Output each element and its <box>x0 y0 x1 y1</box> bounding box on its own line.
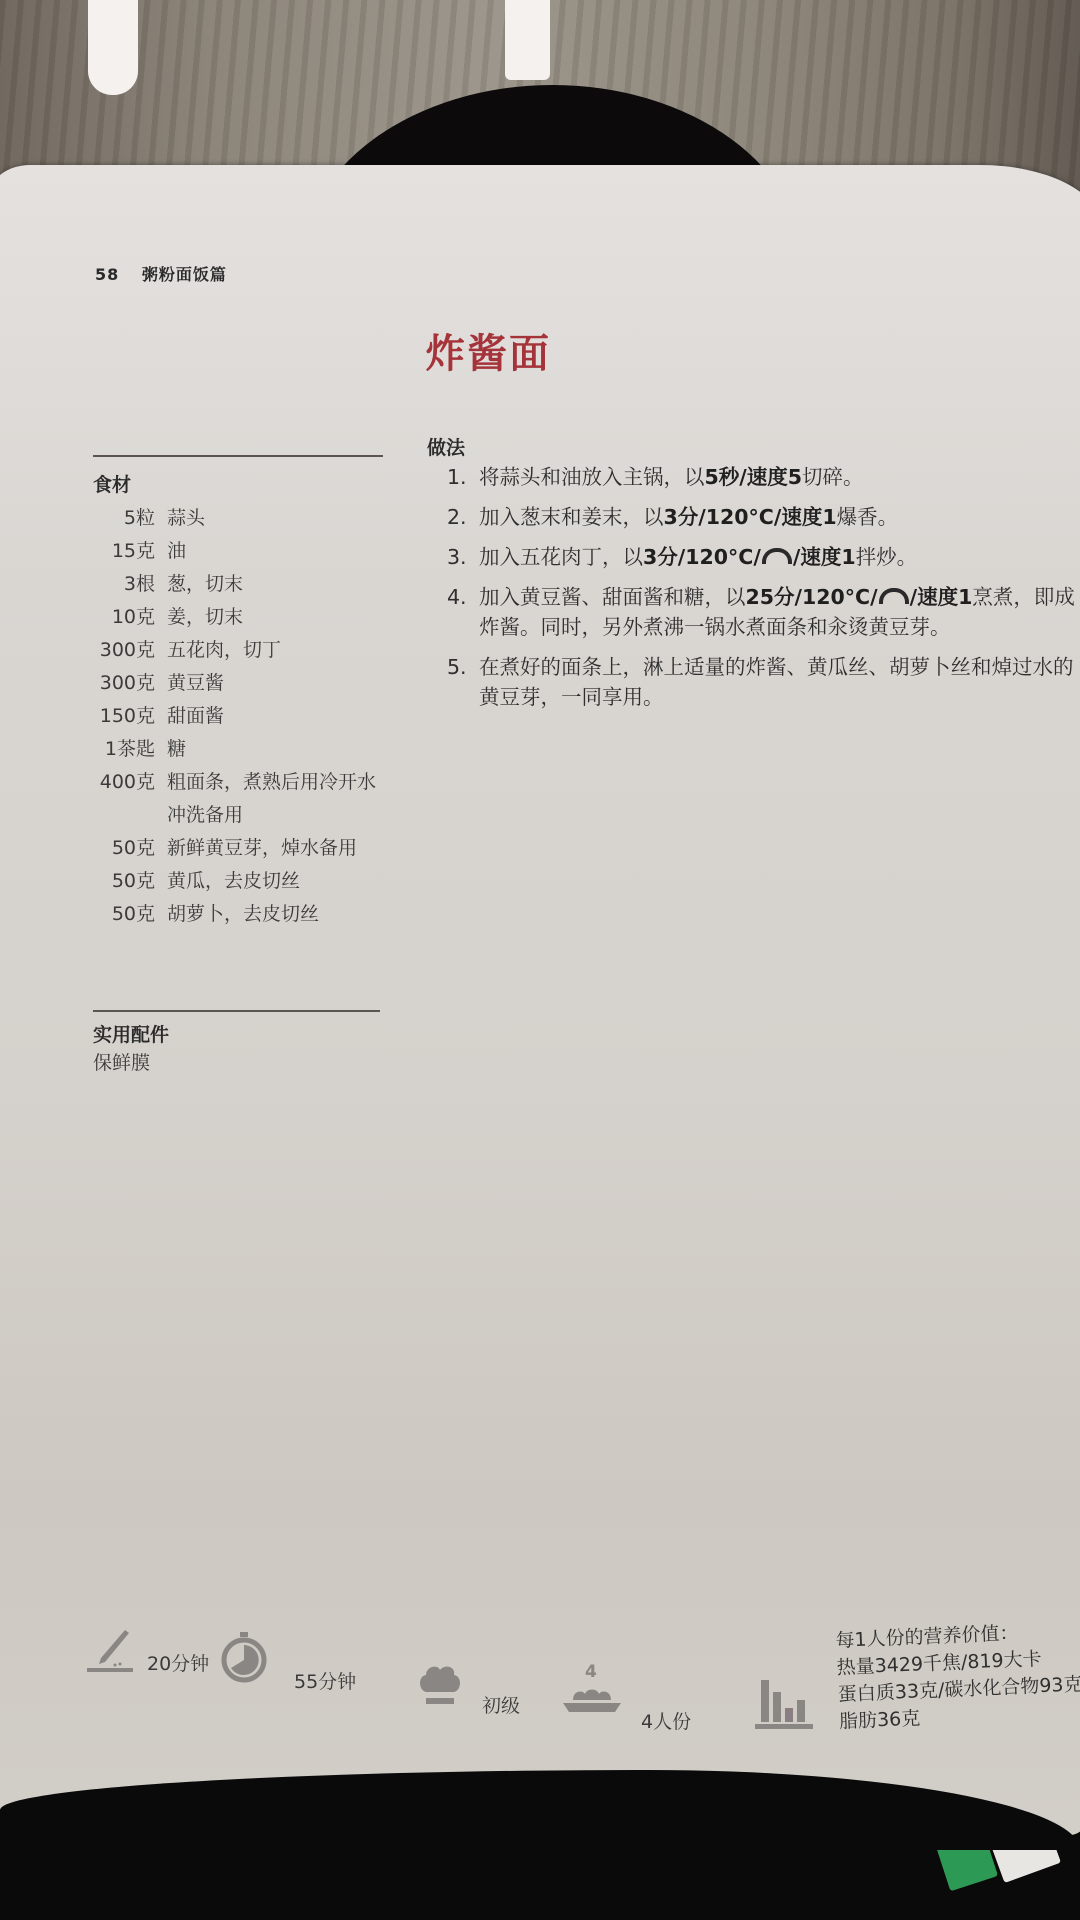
chair-leg-right <box>505 0 550 80</box>
step-text: 加入葱末和姜末，以3分/120°C/速度1爆香。 <box>479 502 1080 532</box>
servings: 4 4人份 <box>563 1668 691 1716</box>
ingredient-qty: 50克 <box>85 899 167 926</box>
ingredient-name: 葱，切末 <box>167 569 405 596</box>
ingredient-name: 姜，切末 <box>167 602 405 629</box>
running-header: 58 粥粉面饭篇 <box>95 262 227 285</box>
ingredient-qty: 1茶匙 <box>85 734 167 761</box>
ingredient-qty: 50克 <box>85 833 167 860</box>
ingredient-name: 粗面条，煮熟后用冷开水 <box>167 767 405 794</box>
machine-setting: 3分/120°C/速度1 <box>664 505 837 529</box>
ingredient-row: 50克黄瓜，去皮切丝 <box>85 863 405 896</box>
ingredient-name: 油 <box>167 536 405 563</box>
ingredient-row: 400克粗面条，煮熟后用冷开水 <box>85 764 405 797</box>
ingredient-qty: 150克 <box>85 701 167 728</box>
reverse-icon <box>879 588 909 604</box>
servings-label: 4人份 <box>641 1707 691 1734</box>
method-label: 做法 <box>427 433 465 460</box>
ingredients-divider <box>93 455 383 457</box>
bar-chart-icon <box>755 1680 813 1730</box>
method-steps: 1. 将蒜头和油放入主锅，以5秒/速度5切碎。 2. 加入葱末和姜末，以3分/1… <box>447 462 1080 722</box>
machine-setting: /速度1 <box>793 545 856 569</box>
ingredient-row: 50克胡萝卜，去皮切丝 <box>85 896 405 929</box>
ingredient-row: 5粒蒜头 <box>85 500 405 533</box>
step-number: 4. <box>447 582 479 642</box>
section-name: 粥粉面饭篇 <box>142 265 227 284</box>
method-step: 1. 将蒜头和油放入主锅，以5秒/速度5切碎。 <box>447 462 1080 492</box>
recipe-title: 炸酱面 <box>425 322 551 379</box>
serving-icon-number: 4 <box>585 1662 597 1682</box>
ingredient-row-continuation: 冲洗备用 <box>85 797 405 830</box>
step-number: 3. <box>447 542 479 572</box>
accessory-item: 保鲜膜 <box>93 1048 150 1075</box>
total-time: 55分钟 <box>220 1632 356 1684</box>
serving-dish-icon <box>563 1686 621 1716</box>
prep-time-label: 20分钟 <box>147 1649 209 1676</box>
ingredient-row: 3根葱，切末 <box>85 566 405 599</box>
ingredient-row: 1茶匙糖 <box>85 731 405 764</box>
ingredient-qty: 3根 <box>85 569 167 596</box>
ingredient-row: 300克黄豆酱 <box>85 665 405 698</box>
total-time-label: 55分钟 <box>294 1667 356 1694</box>
book-page <box>0 165 1080 1835</box>
method-step: 5. 在煮好的面条上，淋上适量的炸酱、黄瓜丝、胡萝卜丝和焯过水的黄豆芽，一同享用… <box>447 652 1080 712</box>
chef-hat-icon <box>418 1662 462 1708</box>
ingredient-row: 150克甜面酱 <box>85 698 405 731</box>
method-step: 2. 加入葱末和姜末，以3分/120°C/速度1爆香。 <box>447 502 1080 532</box>
step-text: 将蒜头和油放入主锅，以5秒/速度5切碎。 <box>479 462 1080 492</box>
accessories-label: 实用配件 <box>93 1020 169 1047</box>
ingredient-qty: 15克 <box>85 536 167 563</box>
step-text: 加入黄豆酱、甜面酱和糖，以25分/120°C//速度1烹煮，即成炸酱。同时，另外… <box>479 582 1080 642</box>
ingredient-row: 15克油 <box>85 533 405 566</box>
ingredient-qty: 50克 <box>85 866 167 893</box>
ingredient-name: 糖 <box>167 734 405 761</box>
ingredient-qty: 400克 <box>85 767 167 794</box>
ingredient-row: 300克五花肉，切丁 <box>85 632 405 665</box>
ingredient-row: 10克姜，切末 <box>85 599 405 632</box>
ingredient-name-continuation: 冲洗备用 <box>167 800 405 827</box>
ingredient-name: 黄瓜，去皮切丝 <box>167 866 405 893</box>
ingredient-qty: 10克 <box>85 602 167 629</box>
method-step: 4. 加入黄豆酱、甜面酱和糖，以25分/120°C//速度1烹煮，即成炸酱。同时… <box>447 582 1080 642</box>
step-text: 在煮好的面条上，淋上适量的炸酱、黄瓜丝、胡萝卜丝和焯过水的黄豆芽，一同享用。 <box>479 652 1080 712</box>
timer-icon <box>220 1632 268 1684</box>
page-number: 58 <box>95 265 119 284</box>
ingredient-qty: 300克 <box>85 635 167 662</box>
ingredient-qty: 5粒 <box>85 503 167 530</box>
step-number: 1. <box>447 462 479 492</box>
ingredient-name: 新鲜黄豆芽，焯水备用 <box>167 833 405 860</box>
ingredients-label: 食材 <box>93 470 131 497</box>
machine-setting: 3分/120°C/ <box>643 545 761 569</box>
ingredient-name: 五花肉，切丁 <box>167 635 405 662</box>
ingredient-name: 黄豆酱 <box>167 668 405 695</box>
prep-time: 20分钟 <box>85 1628 209 1676</box>
reverse-icon <box>762 548 792 564</box>
step-number: 2. <box>447 502 479 532</box>
ingredient-name: 蒜头 <box>167 503 405 530</box>
machine-setting: 25分/120°C/ <box>746 585 878 609</box>
chair-leg-left <box>88 0 138 95</box>
ingredient-row: 50克新鲜黄豆芽，焯水备用 <box>85 830 405 863</box>
method-step: 3. 加入五花肉丁，以3分/120°C//速度1拌炒。 <box>447 542 1080 572</box>
machine-setting: /速度1 <box>910 585 973 609</box>
difficulty: 初级 <box>418 1662 520 1708</box>
step-number: 5. <box>447 652 479 712</box>
machine-setting: 5秒/速度5 <box>705 465 803 489</box>
nutrition-chart-icon-wrap <box>755 1680 813 1730</box>
nutrition-info: 每1人份的营养价值： 热量3429千焦/819大卡 蛋白质33克/碳水化合物93… <box>835 1617 1080 1736</box>
ingredient-qty: 300克 <box>85 668 167 695</box>
difficulty-label: 初级 <box>482 1691 520 1718</box>
ingredient-name: 胡萝卜，去皮切丝 <box>167 899 405 926</box>
accessories-divider <box>93 1010 380 1012</box>
step-text: 加入五花肉丁，以3分/120°C//速度1拌炒。 <box>479 542 1080 572</box>
ingredient-list: 5粒蒜头 15克油 3根葱，切末 10克姜，切末 300克五花肉，切丁 300克… <box>85 500 405 929</box>
ingredient-name: 甜面酱 <box>167 701 405 728</box>
knife-board-icon <box>85 1628 135 1676</box>
